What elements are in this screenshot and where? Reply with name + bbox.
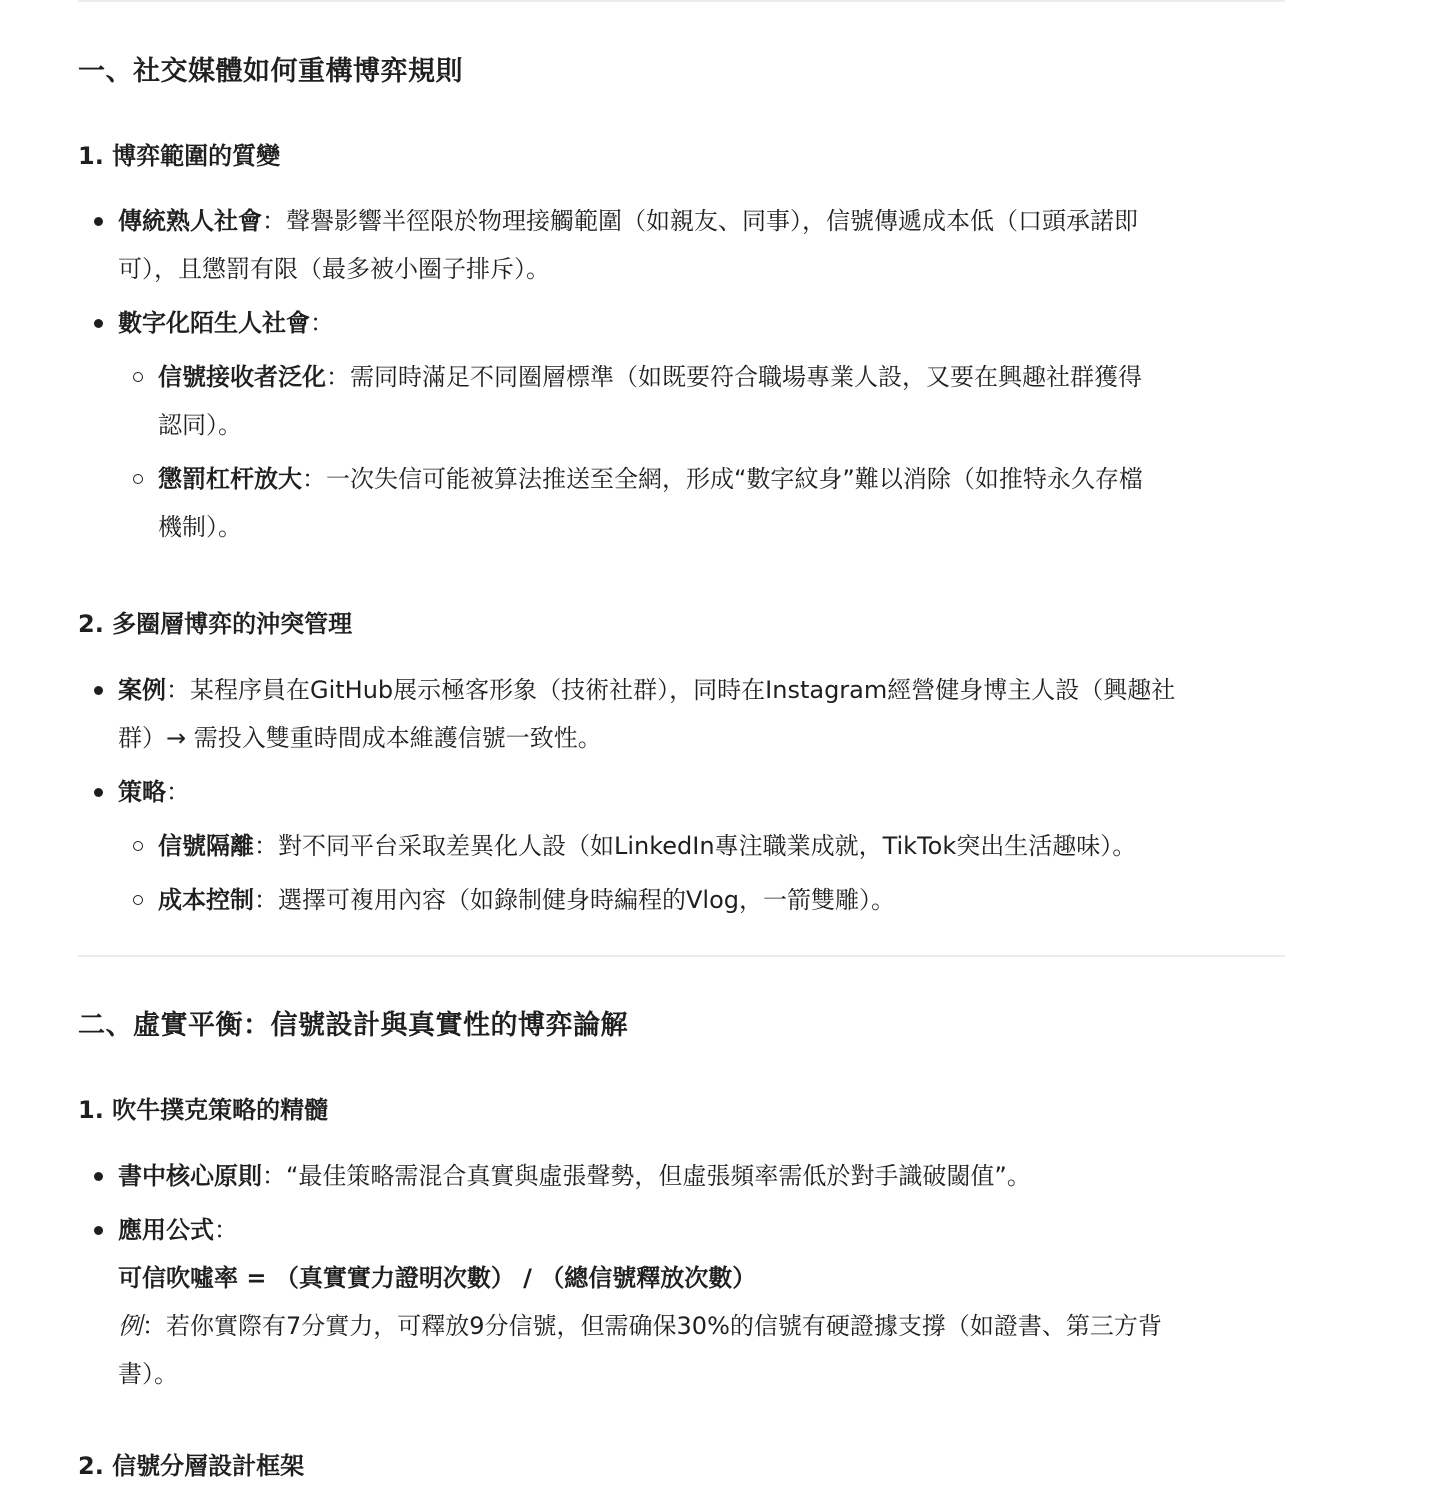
bullet-disc-icon — [94, 217, 103, 226]
item-separator: ： — [302, 465, 326, 493]
list-item-application-formula: 應用公式： 可信吹噓率 = （真實實力證明次數） / （總信號釋放次數） 例：若… — [78, 1206, 1285, 1398]
section-1-sub-1-list: 傳統熟人社會：聲譽影響半徑限於物理接觸範圍（如親友、同事），信號傳遞成本低（口頭… — [78, 197, 1285, 557]
bullet-circle-icon — [133, 474, 143, 484]
item-label: 成本控制 — [158, 886, 254, 914]
nested-item-signal-isolation: 信號隔離：對不同平台采取差異化人設（如LinkedIn專注職業成就，TikTok… — [118, 822, 1285, 870]
divider-top — [78, 0, 1285, 2]
item-label: 數字化陌生人社會 — [118, 309, 310, 337]
list-item-traditional-society: 傳統熟人社會：聲譽影響半徑限於物理接觸範圍（如親友、同事），信號傳遞成本低（口頭… — [78, 197, 1285, 293]
item-label: 懲罰杠杆放大 — [158, 465, 302, 493]
example-text: 若你實際有7分實力，可釋放9分信號，但需确保30%的信號有硬證據支撐（如證書、第… — [166, 1312, 1162, 1340]
list-item-digital-society: 數字化陌生人社會： 信號接收者泛化：需同時滿足不同圈層標準（如既要符合職場專業人… — [78, 299, 1285, 551]
section-2-subheading-2: 2. 信號分層設計框架 — [78, 1448, 1285, 1484]
nested-item-cost-control: 成本控制：選擇可複用內容（如錄制健身時編程的Vlog，一箭雙雕）。 — [118, 876, 1285, 924]
item-label: 信號隔離 — [158, 832, 254, 860]
item-text: 一次失信可能被算法推送至全網，形成“數字紋身”難以消除（如推特永久存檔 — [326, 465, 1143, 493]
bullet-disc-icon — [94, 686, 103, 695]
bullet-circle-icon — [133, 895, 143, 905]
list-item-core-principle: 書中核心原則：“最佳策略需混合真實與虛張聲勢，但虛張頻率需低於對手識破閾值”。 — [78, 1152, 1285, 1200]
item-label: 傳統熟人社會 — [118, 207, 262, 235]
bullet-circle-icon — [133, 372, 143, 382]
item-separator: ： — [166, 676, 190, 704]
divider-middle — [78, 955, 1285, 957]
bullet-disc-icon — [94, 319, 103, 328]
item-text: “最佳策略需混合真實與虛張聲勢，但虛張頻率需低於對手識破閾值”。 — [286, 1162, 1031, 1190]
item-label: 信號接收者泛化 — [158, 363, 326, 391]
bullet-circle-icon — [133, 841, 143, 851]
section-1-subheading-2: 2. 多圈層博弈的沖突管理 — [78, 606, 1285, 642]
item-text-cont: 認同）。 — [158, 411, 242, 439]
item-separator: ： — [214, 1216, 238, 1244]
item-text-cont: 可），且懲罰有限（最多被小圈子排斥）。 — [118, 255, 550, 283]
item-text: 某程序員在GitHub展示極客形象（技術社群），同時在Instagram經營健身… — [190, 676, 1175, 704]
item-separator: ： — [254, 886, 278, 914]
item-text: 需同時滿足不同圈層標準（如既要符合職場專業人設，又要在興趣社群獲得 — [350, 363, 1142, 391]
list-item-case: 案例：某程序員在GitHub展示極客形象（技術社群），同時在Instagram經… — [78, 666, 1285, 762]
item-separator: ： — [326, 363, 350, 391]
item-label: 案例 — [118, 676, 166, 704]
nested-list: 信號隔離：對不同平台采取差異化人設（如LinkedIn專注職業成就，TikTok… — [118, 822, 1285, 924]
bullet-disc-icon — [94, 788, 103, 797]
item-text: 選擇可複用內容（如錄制健身時編程的Vlog，一箭雙雕）。 — [278, 886, 895, 914]
section-1-heading: 一、社交媒體如何重構博弈規則 — [78, 52, 1285, 92]
section-2-heading: 二、虛實平衡：信號設計與真實性的博弈論解 — [78, 1006, 1285, 1046]
item-label: 書中核心原則 — [118, 1162, 262, 1190]
section-2-sub-1-list: 書中核心原則：“最佳策略需混合真實與虛張聲勢，但虛張頻率需低於對手識破閾值”。 … — [78, 1152, 1285, 1404]
item-text-cont: 機制）。 — [158, 513, 242, 541]
item-text-cont: 群）→ 需投入雙重時間成本維護信號一致性。 — [118, 724, 602, 752]
list-item-strategy: 策略： 信號隔離：對不同平台采取差異化人設（如LinkedIn專注職業成就，Ti… — [78, 768, 1285, 924]
item-separator: ： — [262, 1162, 286, 1190]
item-text: 聲譽影響半徑限於物理接觸範圍（如親友、同事），信號傳遞成本低（口頭承諾即 — [286, 207, 1138, 235]
example-separator: ： — [142, 1312, 166, 1340]
section-1-sub-2-list: 案例：某程序員在GitHub展示極客形象（技術社群），同時在Instagram經… — [78, 666, 1285, 930]
bullet-disc-icon — [94, 1172, 103, 1181]
nested-list: 信號接收者泛化：需同時滿足不同圈層標準（如既要符合職場專業人設，又要在興趣社群獲… — [118, 353, 1285, 551]
section-2-subheading-1: 1. 吹牛撲克策略的精髓 — [78, 1092, 1285, 1128]
item-text: 對不同平台采取差異化人設（如LinkedIn專注職業成就，TikTok突出生活趣… — [278, 832, 1136, 860]
item-separator: ： — [262, 207, 286, 235]
nested-item-receiver-generalization: 信號接收者泛化：需同時滿足不同圈層標準（如既要符合職場專業人設，又要在興趣社群獲… — [118, 353, 1285, 449]
item-separator: ： — [310, 309, 334, 337]
nested-item-penalty-leverage: 懲罰杠杆放大：一次失信可能被算法推送至全網，形成“數字紋身”難以消除（如推特永久… — [118, 455, 1285, 551]
example-text-cont: 書）。 — [118, 1360, 178, 1388]
formula-text: 可信吹噓率 = （真實實力證明次數） / （總信號釋放次數） — [118, 1264, 756, 1292]
example-label: 例 — [118, 1312, 142, 1340]
item-label: 策略 — [118, 778, 166, 806]
bullet-disc-icon — [94, 1226, 103, 1235]
item-separator: ： — [254, 832, 278, 860]
item-separator: ： — [166, 778, 190, 806]
item-label: 應用公式 — [118, 1216, 214, 1244]
section-1-subheading-1: 1. 博弈範圍的質變 — [78, 138, 1285, 174]
